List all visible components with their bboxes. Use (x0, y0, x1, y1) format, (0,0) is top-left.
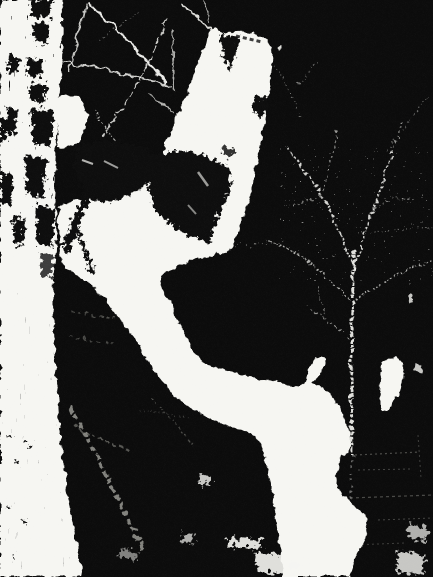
photo-canvas (0, 0, 433, 577)
night-photo (0, 0, 433, 577)
grain-overlay (0, 0, 433, 577)
